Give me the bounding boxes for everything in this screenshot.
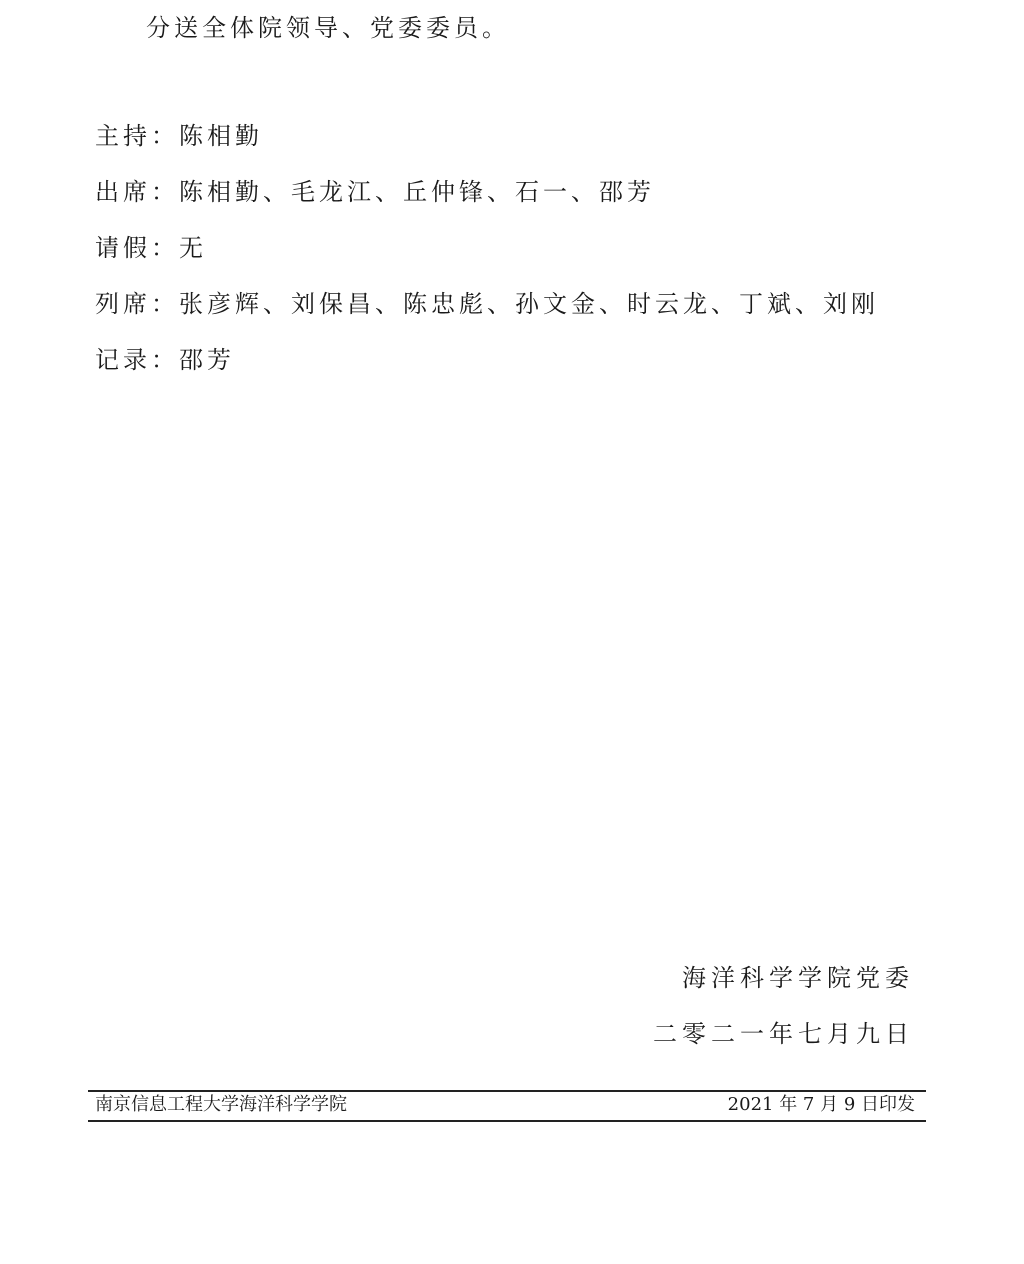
attendees-value: 陈相勤、毛龙江、丘仲锋、石一、邵芳 xyxy=(179,178,655,206)
meeting-absent-row: 请假：无 xyxy=(95,234,207,262)
footer-top-rule xyxy=(88,1090,926,1092)
footer: 南京信息工程大学海洋科学学院 2021 年 7 月 9 日印发 xyxy=(95,1094,915,1116)
observers-label: 列席： xyxy=(95,290,179,318)
meeting-attendees-row: 出席：陈相勤、毛龙江、丘仲锋、石一、邵芳 xyxy=(95,178,655,206)
observers-value: 张彦辉、刘保昌、陈忠彪、孙文金、时云龙、丁斌、刘刚 xyxy=(179,290,879,318)
footer-issuer: 南京信息工程大学海洋科学学院 xyxy=(95,1094,347,1116)
recorder-value: 邵芳 xyxy=(179,346,235,374)
host-value: 陈相勤 xyxy=(179,122,263,150)
absent-value: 无 xyxy=(179,234,207,262)
host-label: 主持： xyxy=(95,122,179,150)
distribution-note: 分送全体院领导、党委委员。 xyxy=(146,14,510,42)
signature-organization: 海洋科学学院党委 xyxy=(682,964,914,992)
attendees-label: 出席： xyxy=(95,178,179,206)
footer-issue-date: 2021 年 7 月 9 日印发 xyxy=(728,1094,915,1116)
footer-bottom-rule xyxy=(88,1120,926,1122)
meeting-host-row: 主持：陈相勤 xyxy=(95,122,263,150)
meeting-recorder-row: 记录：邵芳 xyxy=(95,346,235,374)
recorder-label: 记录： xyxy=(95,346,179,374)
signature-date: 二零二一年七月九日 xyxy=(653,1020,914,1048)
meeting-observers-row: 列席：张彦辉、刘保昌、陈忠彪、孙文金、时云龙、丁斌、刘刚 xyxy=(95,290,879,318)
absent-label: 请假： xyxy=(95,234,179,262)
